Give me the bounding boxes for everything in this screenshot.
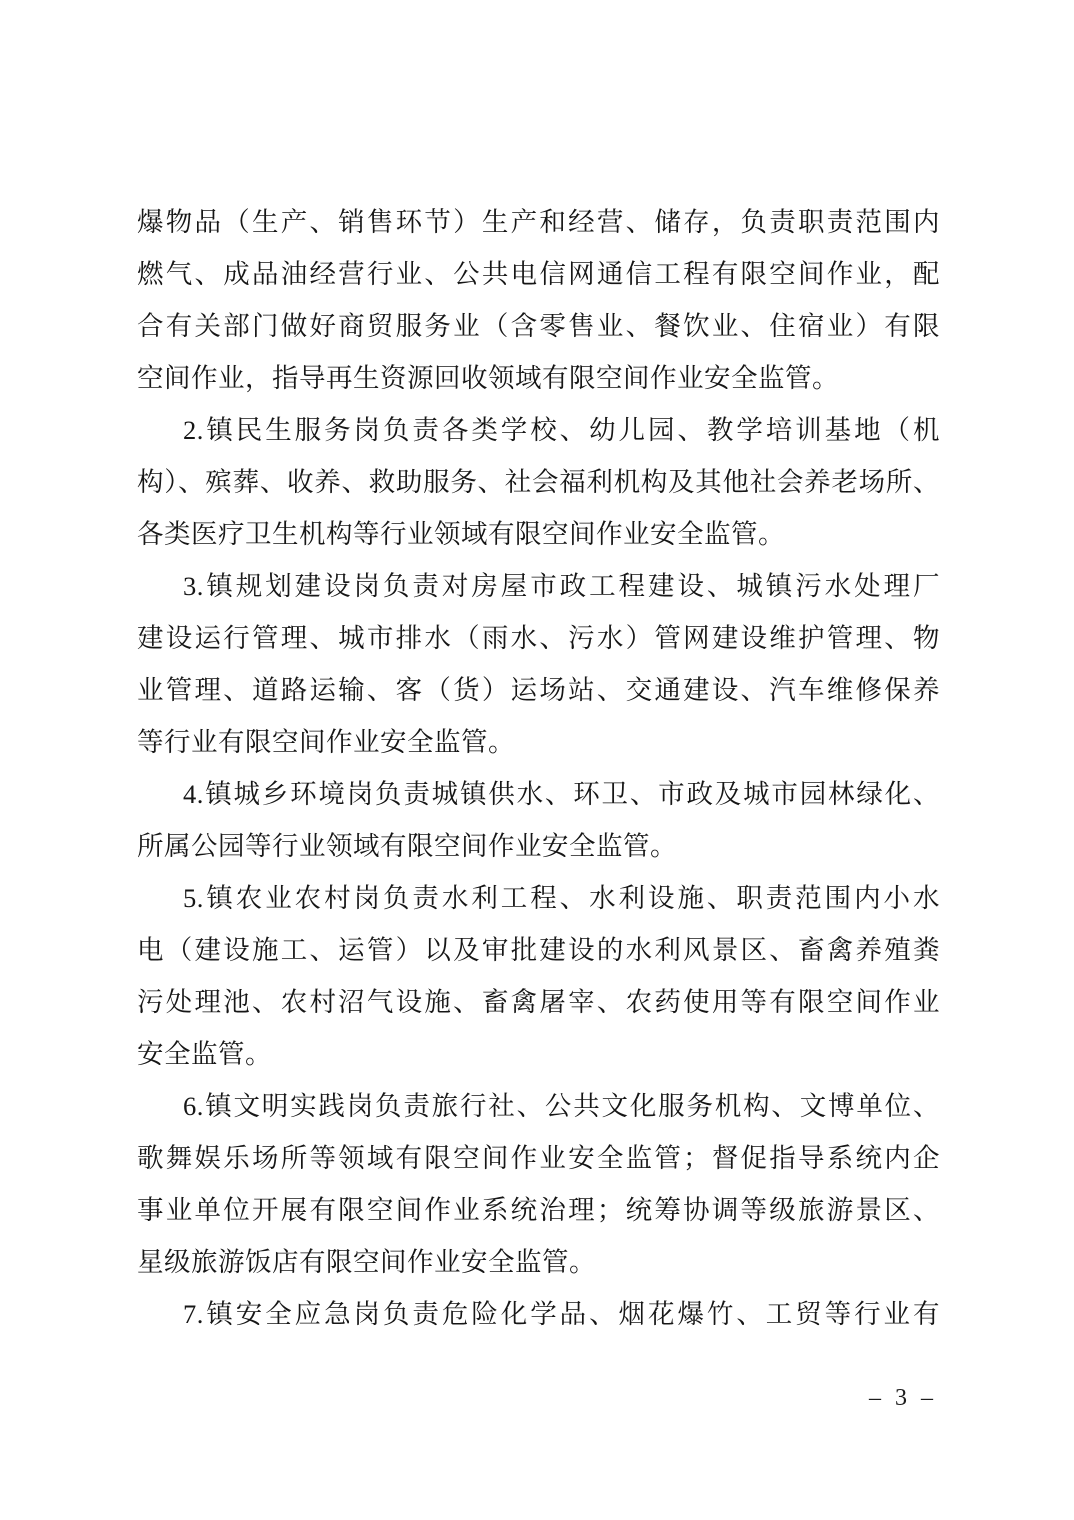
text-line: 构）、殡葬、收养、救助服务、社会福利机构及其他社会养老场所、 [137,456,940,508]
text-line: 各类医疗卫生机构等行业领域有限空间作业安全监管。 [137,508,940,560]
text-line: 星级旅游饭店有限空间作业安全监管。 [137,1236,940,1288]
paragraph-item-3-guihua-jianshe: 3.镇规划建设岗负责对房屋市政工程建设、城镇污水处理厂建设运行管理、城市排水（雨… [137,560,940,768]
text-line: 歌舞娱乐场所等领域有限空间作业安全监管；督促指导系统内企 [137,1132,940,1184]
document-body: 爆物品（生产、销售环节）生产和经营、储存，负责职责范围内燃气、成品油经营行业、公… [137,196,940,1340]
text-line: 2.镇民生服务岗负责各类学校、幼儿园、教学培训基地（机 [137,404,940,456]
paragraph-item-4-chengxiang-huanjing: 4.镇城乡环境岗负责城镇供水、环卫、市政及城市园林绿化、所属公园等行业领域有限空… [137,768,940,872]
paragraph-item-5-nongye-nongcun: 5.镇农业农村岗负责水利工程、水利设施、职责范围内小水电（建设施工、运管）以及审… [137,872,940,1080]
text-line: 等行业有限空间作业安全监管。 [137,716,940,768]
paragraph-item-7-anquan-yingji: 7.镇安全应急岗负责危险化学品、烟花爆竹、工贸等行业有 [137,1288,940,1340]
text-line: 安全监管。 [137,1028,940,1080]
text-line: 建设运行管理、城市排水（雨水、污水）管网建设维护管理、物 [137,612,940,664]
text-line: 4.镇城乡环境岗负责城镇供水、环卫、市政及城市园林绿化、 [137,768,940,820]
text-line: 空间作业，指导再生资源回收领域有限空间作业安全监管。 [137,352,940,404]
text-line: 燃气、成品油经营行业、公共电信网通信工程有限空间作业，配 [137,248,940,300]
text-line: 所属公园等行业领域有限空间作业安全监管。 [137,820,940,872]
paragraph-continued-item-1: 爆物品（生产、销售环节）生产和经营、储存，负责职责范围内燃气、成品油经营行业、公… [137,196,940,404]
text-line: 3.镇规划建设岗负责对房屋市政工程建设、城镇污水处理厂 [137,560,940,612]
text-line: 5.镇农业农村岗负责水利工程、水利设施、职责范围内小水 [137,872,940,924]
text-line: 事业单位开展有限空间作业系统治理；统筹协调等级旅游景区、 [137,1184,940,1236]
document-page: 爆物品（生产、销售环节）生产和经营、储存，负责职责范围内燃气、成品油经营行业、公… [0,0,1074,1520]
text-line: 业管理、道路运输、客（货）运场站、交通建设、汽车维修保养 [137,664,940,716]
text-line: 电（建设施工、运管）以及审批建设的水利风景区、畜禽养殖粪 [137,924,940,976]
paragraph-item-6-wenming-shijian: 6.镇文明实践岗负责旅行社、公共文化服务机构、文博单位、歌舞娱乐场所等领域有限空… [137,1080,940,1288]
text-line: 6.镇文明实践岗负责旅行社、公共文化服务机构、文博单位、 [137,1080,940,1132]
paragraph-item-2-minsheng-fuwu: 2.镇民生服务岗负责各类学校、幼儿园、教学培训基地（机构）、殡葬、收养、救助服务… [137,404,940,560]
text-line: 合有关部门做好商贸服务业（含零售业、餐饮业、住宿业）有限 [137,300,940,352]
text-line: 污处理池、农村沼气设施、畜禽屠宰、农药使用等有限空间作业 [137,976,940,1028]
page-number: – 3 – [869,1385,937,1412]
text-line: 爆物品（生产、销售环节）生产和经营、储存，负责职责范围内 [137,196,940,248]
text-line: 7.镇安全应急岗负责危险化学品、烟花爆竹、工贸等行业有 [137,1288,940,1340]
